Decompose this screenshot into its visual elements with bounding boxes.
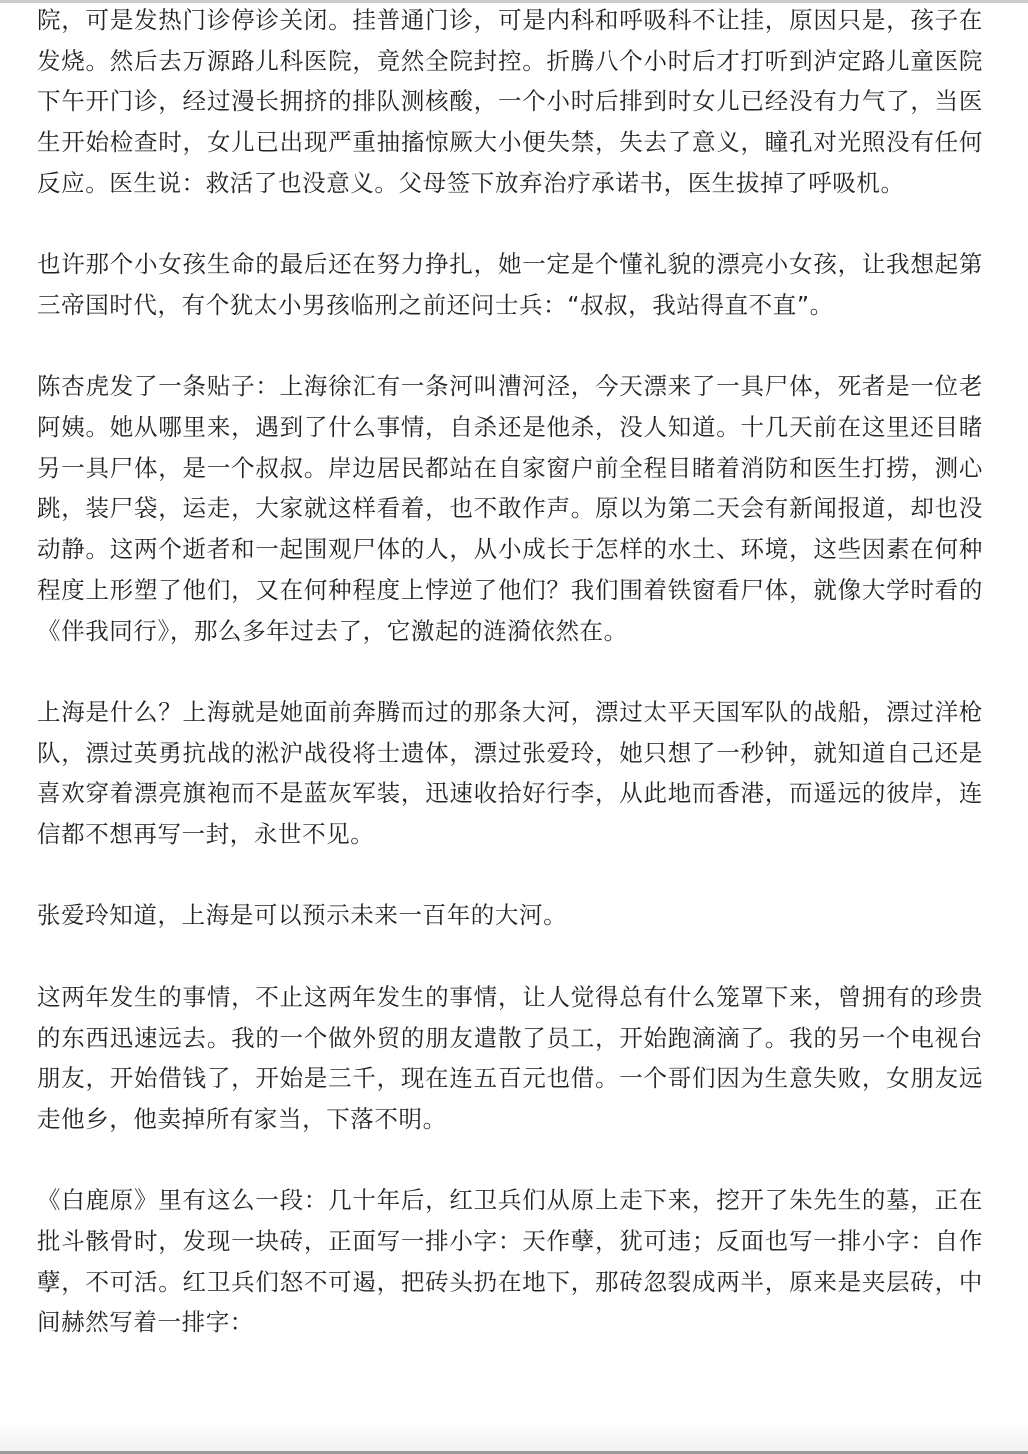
paragraph-what-is-shanghai: 上海是什么？上海就是她面前奔腾而过的那条大河，漂过太平天国军队的战船，漂过洋枪队…: [37, 692, 983, 855]
paragraph-zhang-ailing: 张爱玲知道，上海是可以预示未来一百年的大河。: [37, 895, 983, 936]
bottom-fade-overlay: [0, 1420, 1028, 1451]
paragraph-little-girl: 也许那个小女孩生命的最后还在努力挣扎，她一定是个懂礼貌的漂亮小女孩，让我想起第三…: [37, 244, 983, 325]
article-body: 院，可是发热门诊停诊关闭。挂普通门诊，可是内科和呼吸科不让挂，原因只是，孩子在发…: [37, 0, 983, 1384]
paragraph-hospital-story: 院，可是发热门诊停诊关闭。挂普通门诊，可是内科和呼吸科不让挂，原因只是，孩子在发…: [37, 0, 983, 204]
paragraph-these-two-years: 这两年发生的事情，不止这两年发生的事情，让人觉得总有什么笼罩下来，曾拥有的珍贵的…: [37, 977, 983, 1140]
top-border: [0, 0, 1028, 3]
paragraph-river-bodies: 陈杏虎发了一条贴子：上海徐汇有一条河叫漕河泾，今天漂来了一具尸体，死者是一位老阿…: [37, 366, 983, 651]
paragraph-white-deer-plain: 《白鹿原》里有这么一段：几十年后，红卫兵们从原上走下来，挖开了朱先生的墓，正在批…: [37, 1180, 983, 1343]
document-page: 院，可是发热门诊停诊关闭。挂普通门诊，可是内科和呼吸科不让挂，原因只是，孩子在发…: [0, 0, 1028, 1454]
